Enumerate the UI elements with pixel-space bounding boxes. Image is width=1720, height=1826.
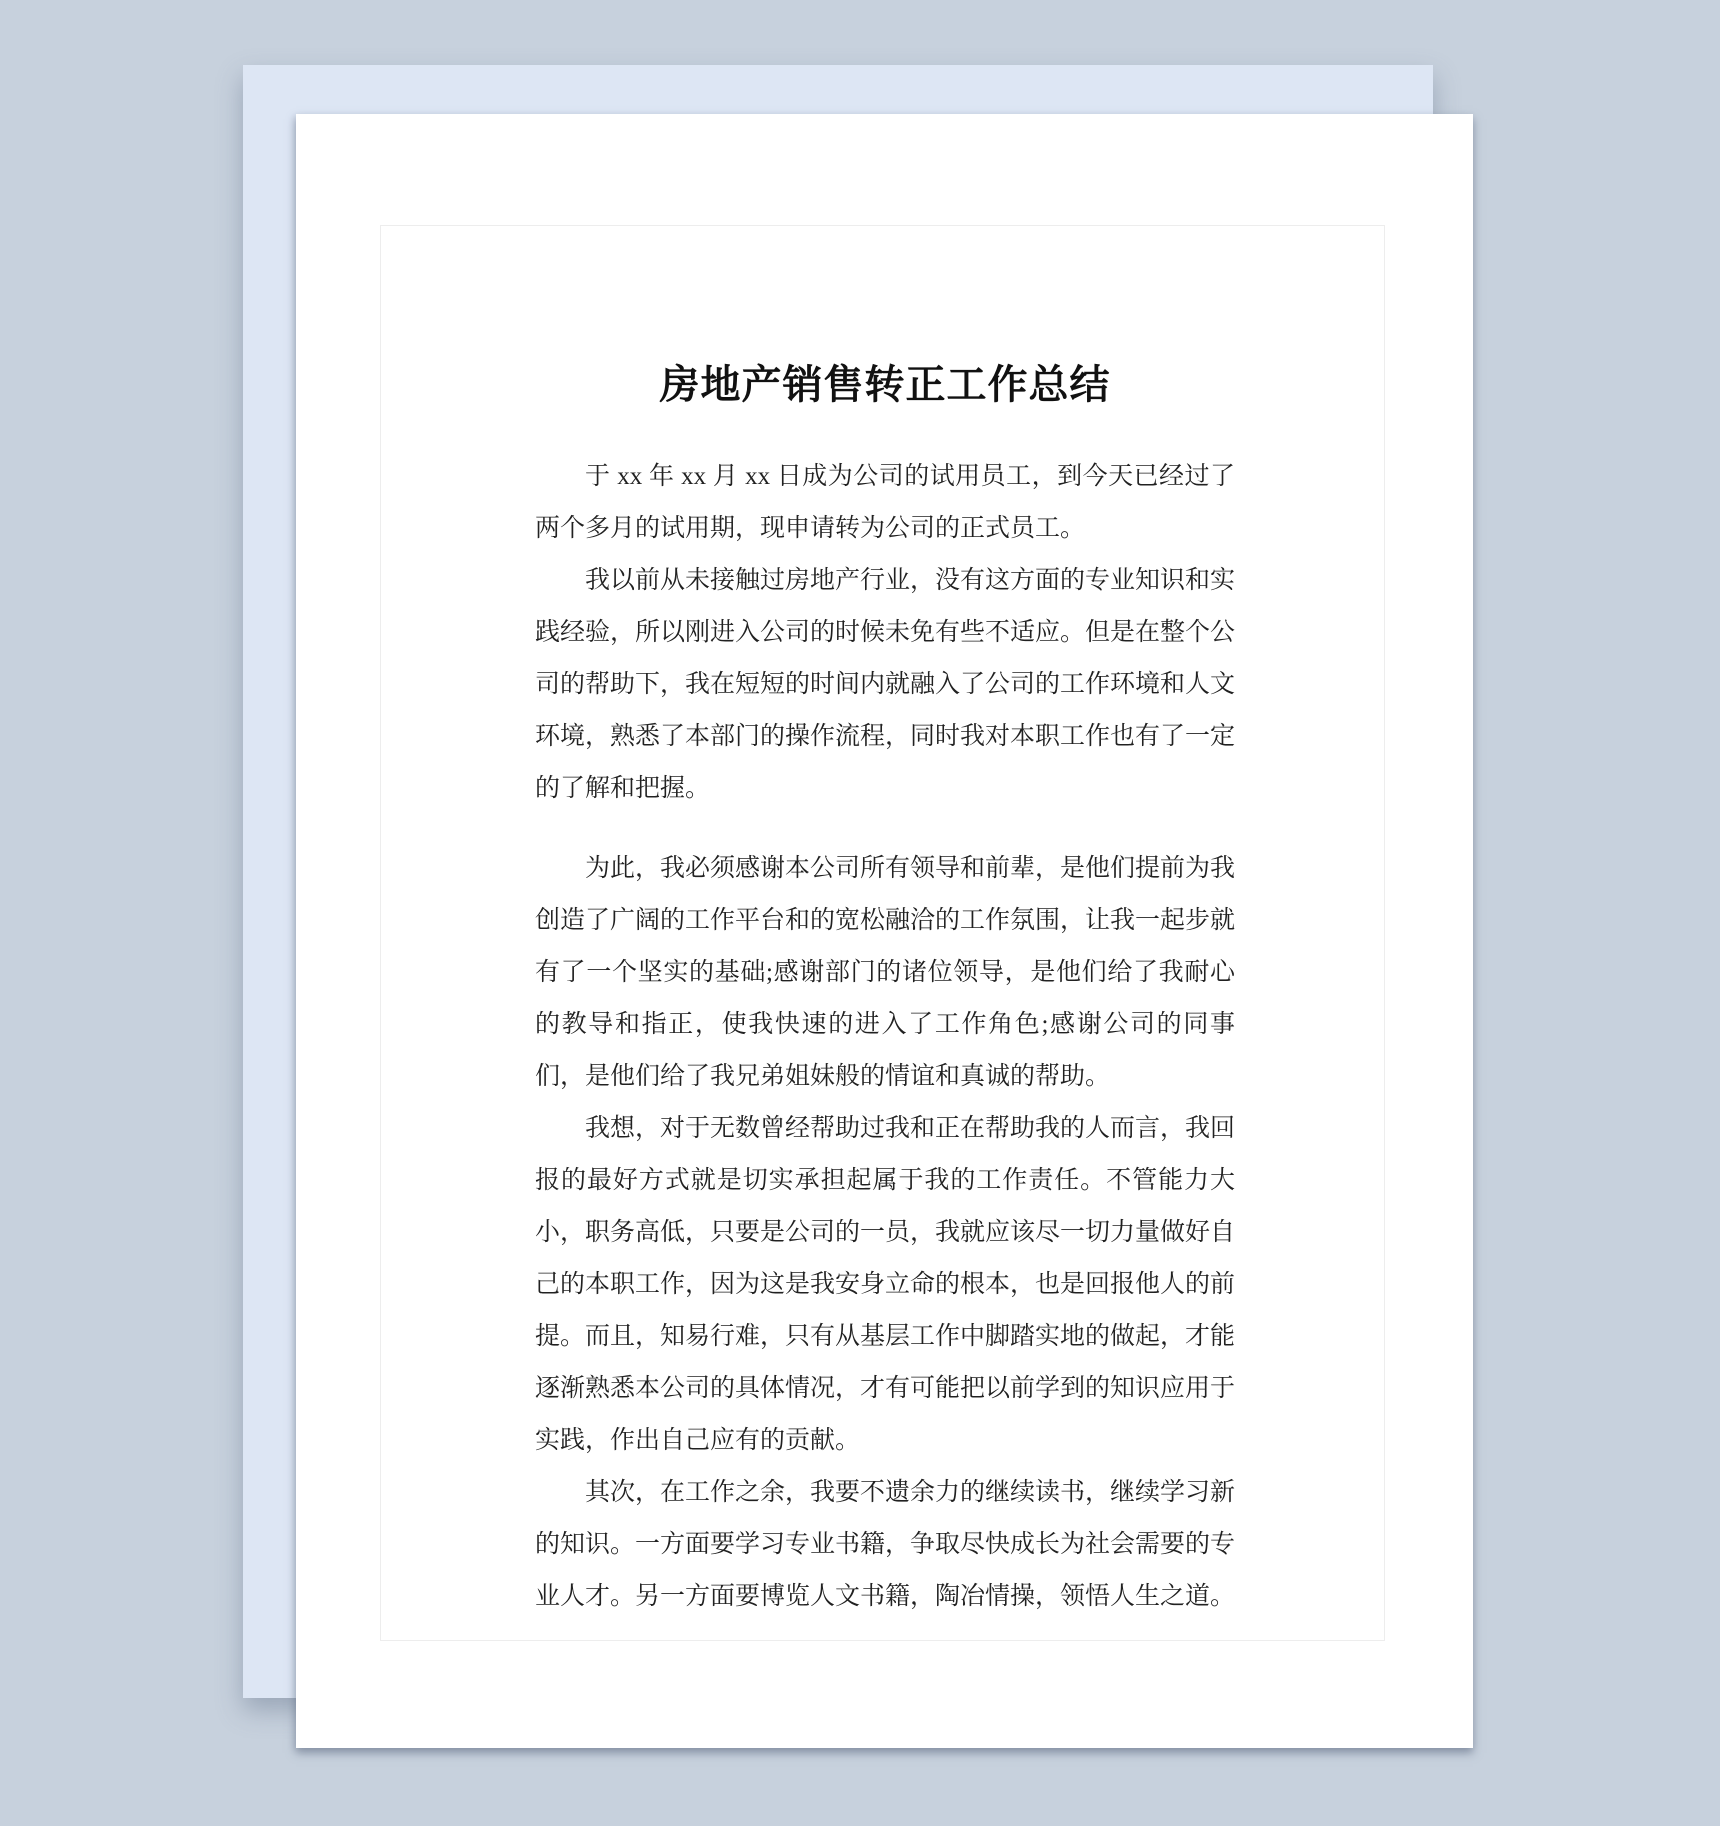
paragraph-5: 其次，在工作之余，我要不遗余力的继续读书，继续学习新的知识。一方面要学习专业书籍… [535, 1467, 1235, 1623]
document-title: 房地产销售转正工作总结 [535, 361, 1235, 409]
preview-background: 房地产销售转正工作总结 于 xx 年 xx 月 xx 日成为公司的试用员工，到今… [0, 0, 1720, 1826]
document-page: 房地产销售转正工作总结 于 xx 年 xx 月 xx 日成为公司的试用员工，到今… [296, 114, 1473, 1748]
paragraph-3: 为此，我必须感谢本公司所有领导和前辈，是他们提前为我创造了广阔的工作平台和的宽松… [535, 843, 1235, 1103]
page-content: 房地产销售转正工作总结 于 xx 年 xx 月 xx 日成为公司的试用员工，到今… [535, 114, 1235, 1623]
paragraph-2: 我以前从未接触过房地产行业，没有这方面的专业知识和实践经验，所以刚进入公司的时候… [535, 555, 1235, 815]
paragraph-1: 于 xx 年 xx 月 xx 日成为公司的试用员工，到今天已经过了两个多月的试用… [535, 451, 1235, 555]
paragraph-4: 我想，对于无数曾经帮助过我和正在帮助我的人而言，我回报的最好方式就是切实承担起属… [535, 1103, 1235, 1467]
